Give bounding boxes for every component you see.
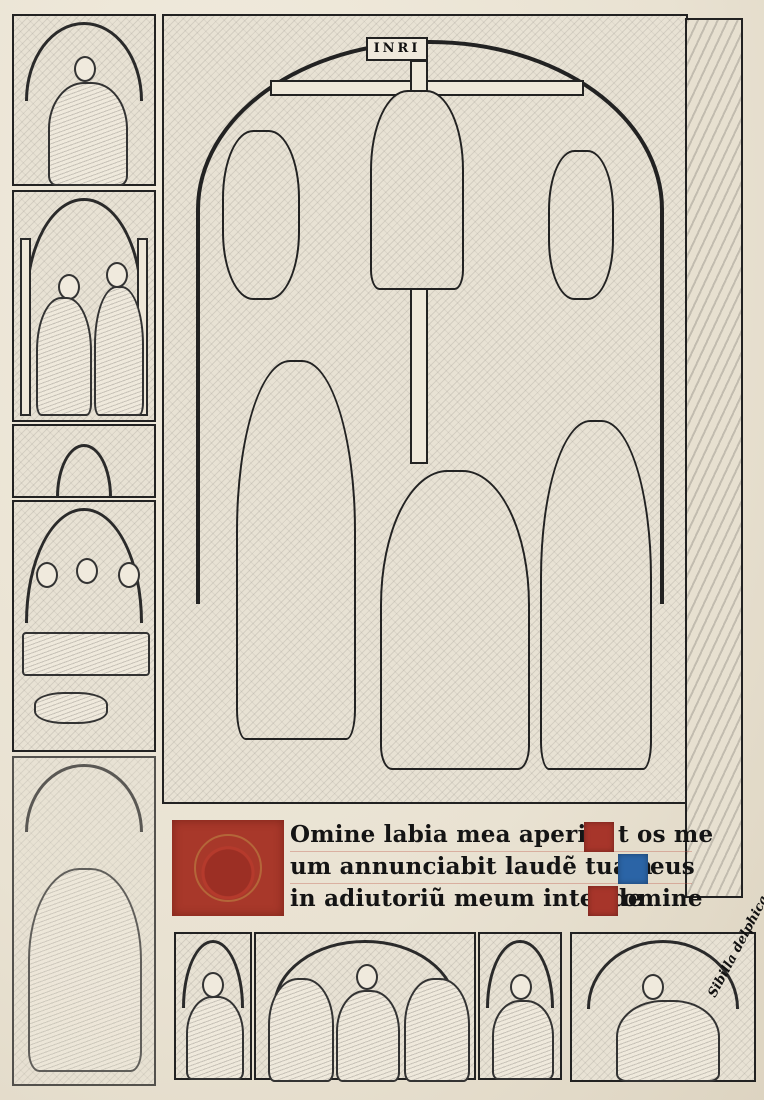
figure-head bbox=[118, 562, 140, 588]
christ-figure bbox=[370, 90, 464, 290]
panel-bottom-apostles bbox=[254, 932, 476, 1080]
initial-d-blue bbox=[618, 854, 648, 884]
column-left bbox=[20, 238, 31, 416]
figure-head bbox=[76, 558, 98, 584]
apostles-left bbox=[268, 978, 334, 1082]
text-line-3-tail: omine bbox=[622, 884, 703, 914]
manuscript-page: INRI Omine labia mea aperies t os me um … bbox=[0, 0, 764, 1100]
panel-bottom-niche-right bbox=[478, 932, 562, 1080]
thief-right bbox=[548, 150, 614, 300]
illuminated-initial-d bbox=[172, 820, 284, 916]
sibyl-head bbox=[642, 974, 664, 1000]
banderole-text: Sibilla delphica bbox=[705, 893, 764, 1000]
arch-ornament bbox=[25, 764, 143, 832]
panel-gathering bbox=[12, 756, 156, 1086]
thief-left bbox=[222, 130, 300, 300]
figure-body bbox=[492, 1000, 554, 1080]
figure-body bbox=[186, 996, 244, 1080]
text-line-2: um annunciabit laudẽ tuam bbox=[290, 852, 653, 882]
panel-canopy bbox=[12, 424, 156, 498]
prayer-text-block: Omine labia mea aperies t os me um annun… bbox=[172, 818, 692, 918]
initial-d-red bbox=[588, 886, 618, 916]
figure-body bbox=[94, 286, 144, 416]
panel-crowned-saint bbox=[12, 14, 156, 186]
table bbox=[22, 632, 150, 676]
mary-magdalene bbox=[380, 470, 530, 770]
panel-feast bbox=[12, 500, 156, 752]
centurion bbox=[540, 420, 652, 770]
christ-body bbox=[336, 990, 400, 1082]
figure-body bbox=[36, 297, 92, 416]
text-line-1: Omine labia mea aperies bbox=[290, 820, 614, 850]
apostles-right bbox=[404, 978, 470, 1082]
sibyl-body bbox=[616, 1000, 720, 1082]
virgin-mary bbox=[236, 360, 356, 740]
canopy-ornament bbox=[56, 444, 112, 497]
panel-bottom-niche-left bbox=[174, 932, 252, 1080]
sibyl-banderole: Sibilla delphica bbox=[700, 905, 760, 995]
initial-e-red bbox=[584, 822, 614, 852]
figure-group bbox=[28, 868, 142, 1072]
text-line-1-tail: t os me bbox=[618, 820, 713, 850]
figure-head bbox=[356, 964, 378, 990]
figure-head bbox=[510, 974, 532, 1000]
dog bbox=[34, 692, 108, 724]
right-border-grotesques bbox=[685, 18, 743, 898]
text-line-2-tail: eus bbox=[650, 852, 695, 882]
figure-head bbox=[106, 262, 128, 288]
figure-head bbox=[74, 56, 96, 82]
titulus-inri: INRI bbox=[366, 37, 428, 61]
figure-head bbox=[36, 562, 58, 588]
panel-christ-and-elder bbox=[12, 190, 156, 422]
figure-head bbox=[202, 972, 224, 998]
figure-body bbox=[48, 82, 128, 186]
